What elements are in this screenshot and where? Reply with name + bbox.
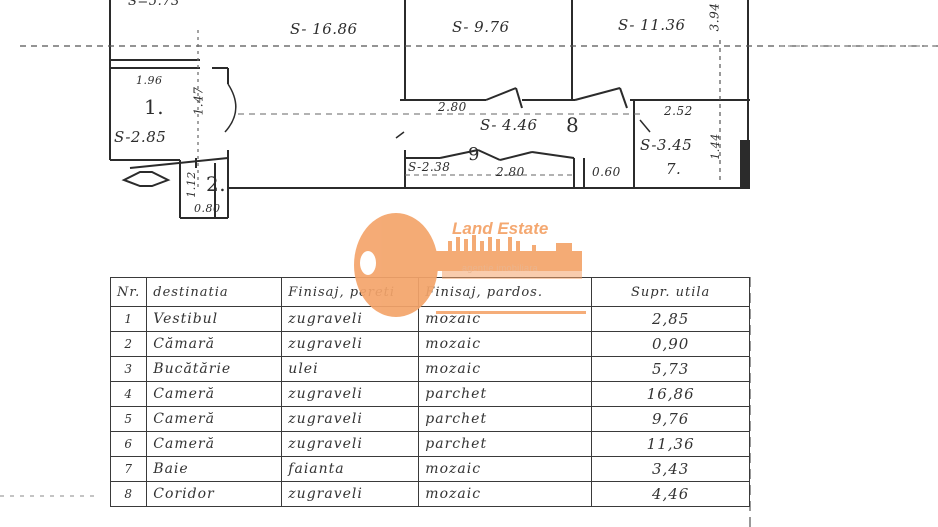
cell-pardos: parchet [419,382,592,407]
header-nr: Nr. [111,278,147,307]
label-room-4-area: S- 16.86 [290,20,358,38]
table-row: 8 Coridor zugraveli mozaic 4,46 [111,482,750,507]
label-room-6-area: S- 11.36 [618,16,686,34]
cell-nr: 3 [111,357,147,382]
brand-tagline: agentie imobiliara [462,263,538,273]
label-room-2-width: 0.80 [194,202,221,215]
cell-supr: 4,46 [592,482,750,507]
label-room-3-area: S=5.73 [128,0,180,9]
label-hall-number: 8 [566,113,579,137]
cell-nr: 8 [111,482,147,507]
entrance-arrow-icon [124,172,168,186]
cell-destinatia: Cameră [147,432,282,457]
cell-pereti: ulei [282,357,419,382]
cell-pereti: zugraveli [282,482,419,507]
cell-nr: 2 [111,332,147,357]
cell-supr: 11,36 [592,432,750,457]
cell-pardos: mozaic [419,357,592,382]
cell-pereti: zugraveli [282,407,419,432]
cell-destinatia: Vestibul [147,307,282,332]
label-room-1-width: 1.96 [136,74,163,87]
cell-destinatia: Cameră [147,382,282,407]
cell-nr: 7 [111,457,147,482]
cell-supr: 5,73 [592,357,750,382]
label-room-9-width: 2.80 [496,165,525,179]
brand-name: Land Estate [452,219,548,239]
label-room-2-height: 1.12 [185,171,198,198]
cell-nr: 1 [111,307,147,332]
label-room-6-side-dim: 3.94 [707,3,721,32]
cell-nr: 5 [111,407,147,432]
cell-nr: 6 [111,432,147,457]
label-room-9-small-dim: 0.60 [592,165,621,179]
header-destinatia: destinatia [147,278,282,307]
cell-pardos: parchet [419,407,592,432]
label-hall-area: S- 4.46 [480,116,538,134]
table-row: 7 Baie faianta mozaic 3,43 [111,457,750,482]
cell-destinatia: Cămară [147,332,282,357]
table-row: 3 Bucătărie ulei mozaic 5,73 [111,357,750,382]
label-room-7-side-dim: 1.44 [709,133,722,160]
label-room-9-area: S-2.38 [408,160,450,174]
cell-destinatia: Bucătărie [147,357,282,382]
label-room-1-area: S-2.85 [114,128,166,146]
label-room-9-number: 9 [468,144,480,165]
cell-pereti: zugraveli [282,382,419,407]
label-room-7-number: 7. [666,160,681,178]
label-hall-dim: 2.80 [438,100,467,114]
cell-pardos: parchet [419,432,592,457]
cell-pereti: zugraveli [282,432,419,457]
cell-destinatia: Cameră [147,407,282,432]
cell-pardos: mozaic [419,332,592,357]
cell-destinatia: Coridor [147,482,282,507]
cell-supr: 9,76 [592,407,750,432]
label-room-5-area: S- 9.76 [452,18,510,36]
header-suprafata-utila: Supr. utila [592,278,750,307]
table-row: 2 Cămară zugraveli mozaic 0,90 [111,332,750,357]
cell-pereti: faianta [282,457,419,482]
cell-supr: 2,85 [592,307,750,332]
table-row: 4 Cameră zugraveli parchet 16,86 [111,382,750,407]
cell-supr: 16,86 [592,382,750,407]
cell-pardos: mozaic [419,457,592,482]
label-room-2-number: 2. [206,172,226,196]
cell-pereti: zugraveli [282,332,419,357]
cell-supr: 0,90 [592,332,750,357]
cell-nr: 4 [111,382,147,407]
label-room-1-number: 1. [144,95,164,119]
label-room-1-height: 1.47 [191,87,205,116]
table-row: 6 Cameră zugraveli parchet 11,36 [111,432,750,457]
cell-supr: 3,43 [592,457,750,482]
table-row: 5 Cameră zugraveli parchet 9,76 [111,407,750,432]
label-room-7-dim: 2.52 [664,104,693,118]
label-room-7-area: S-3.45 [640,136,692,154]
cell-destinatia: Baie [147,457,282,482]
cell-pardos: mozaic [419,482,592,507]
